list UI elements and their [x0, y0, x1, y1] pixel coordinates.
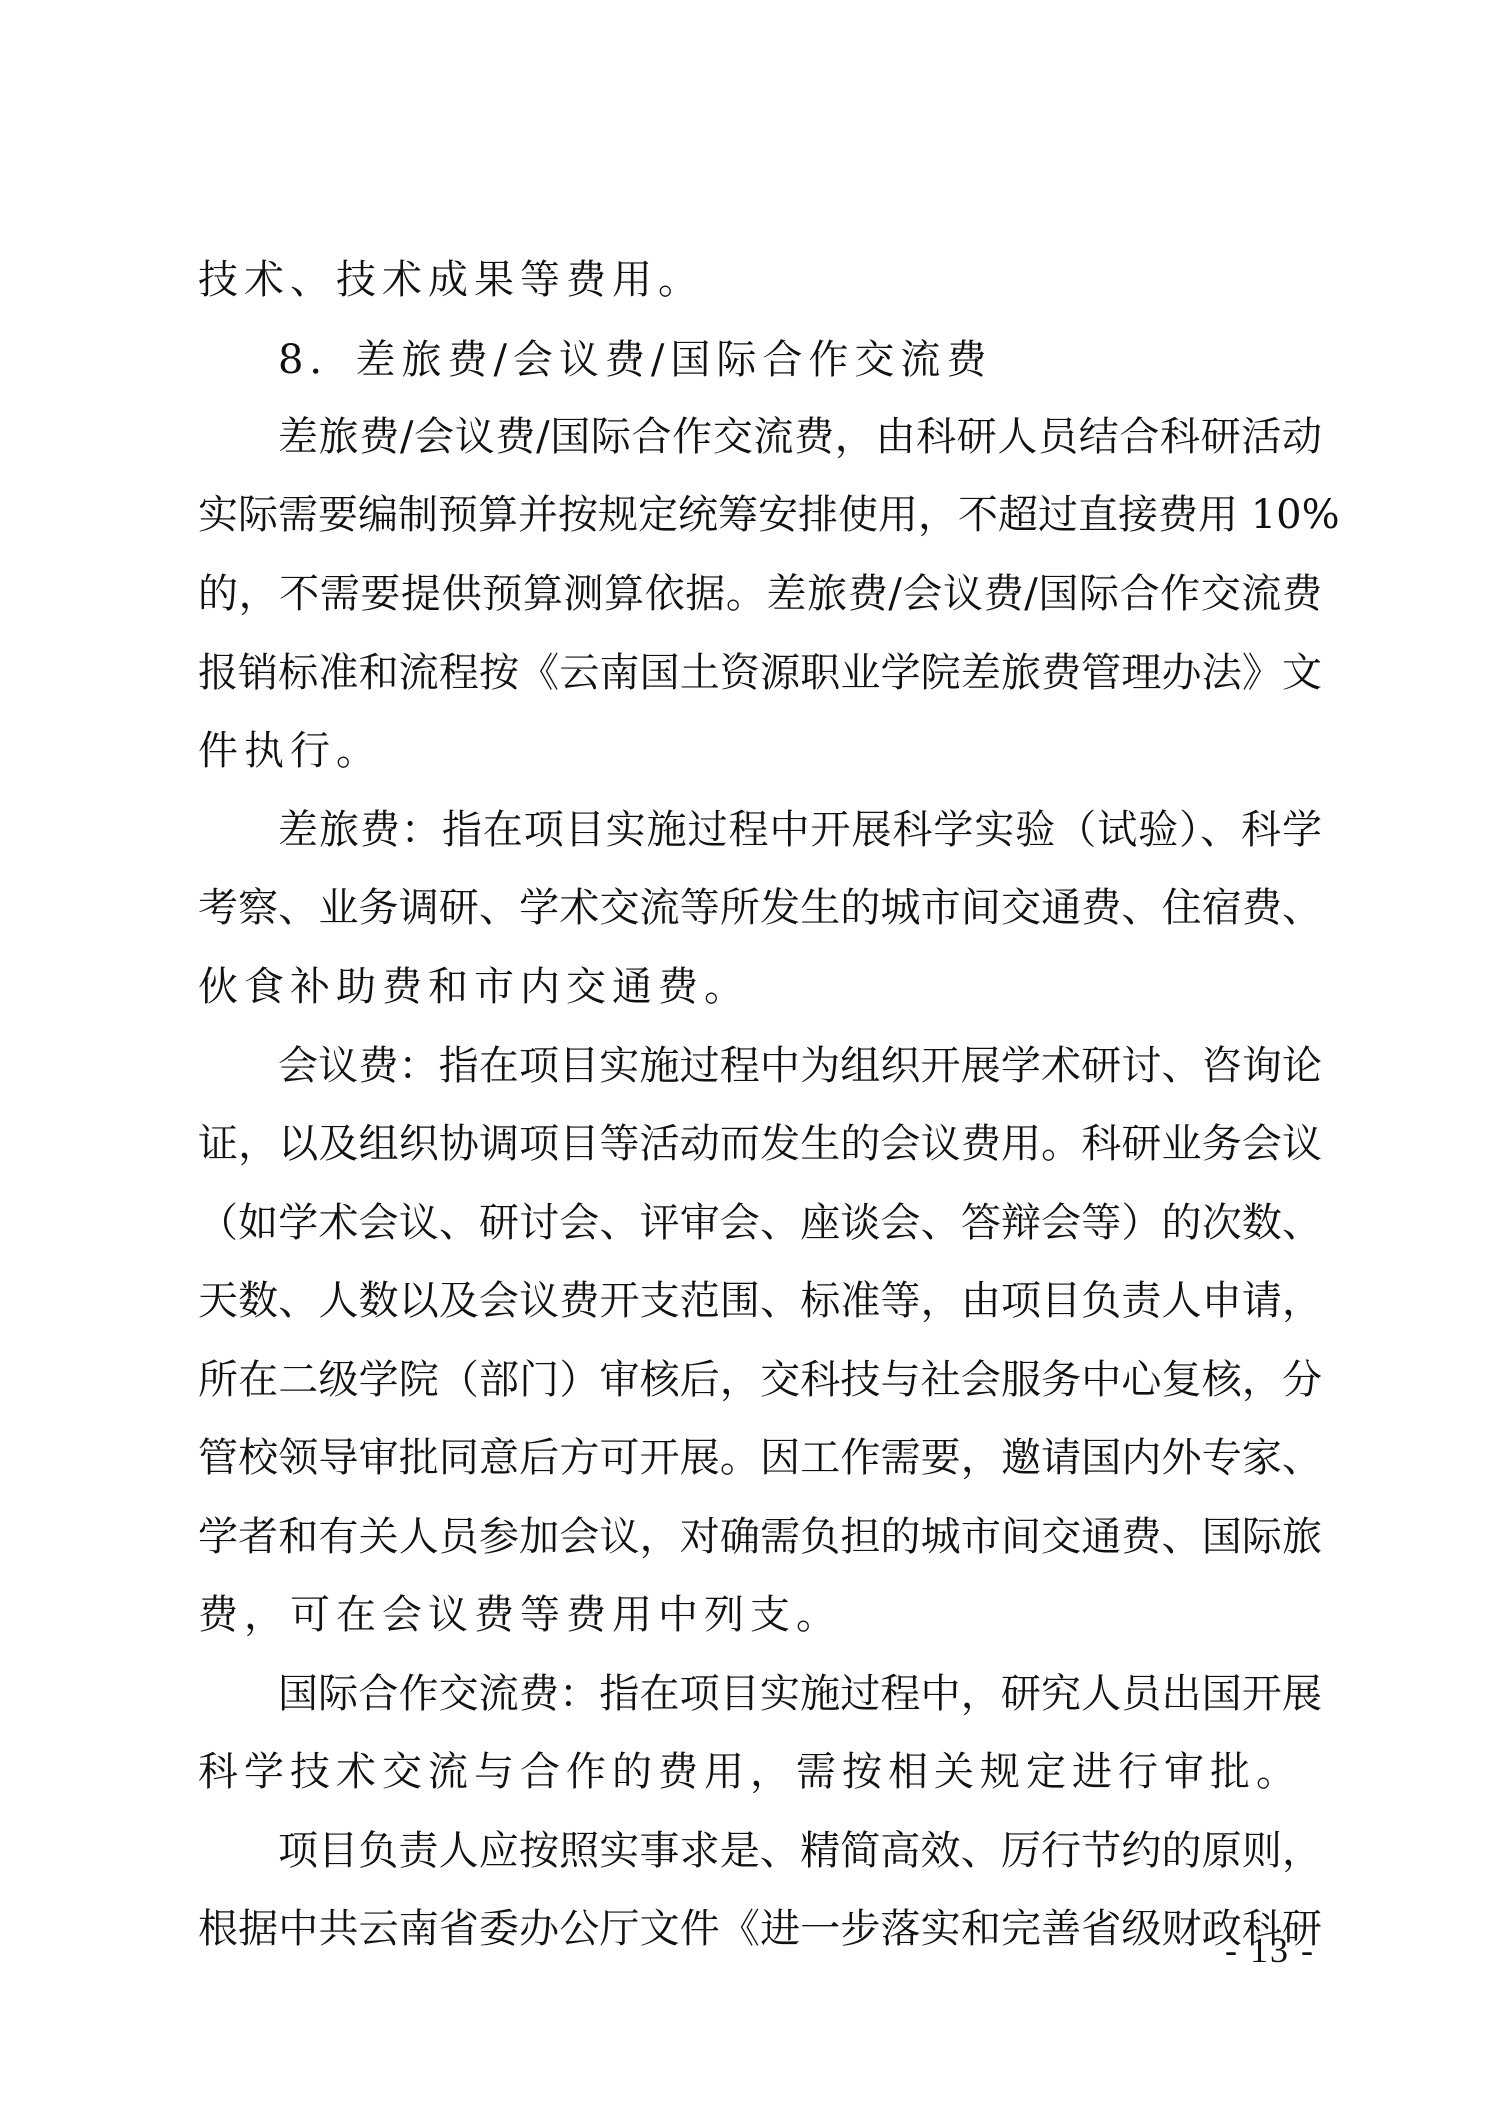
document-page: 技术、技术成果等费用。 8．差旅费/会议费/国际合作交流费 差旅费/会议费/国际…: [0, 0, 1500, 2121]
page-number: - 13 -: [1200, 1925, 1340, 1975]
paragraph-travel-line: 考察、业务调研、学术交流等所发生的城市间交通费、住宿费、: [198, 878, 1322, 938]
paragraph-meeting-line: 天数、人数以及会议费开支范围、标准等，由项目负责人申请，: [198, 1271, 1322, 1331]
paragraph-intro-line: 报销标准和流程按《云南国土资源职业学院差旅费管理办法》文: [198, 643, 1322, 703]
paragraph-meeting-line: 会议费：指在项目实施过程中为组织开展学术研讨、咨询论: [278, 1036, 1322, 1096]
paragraph-travel-line: 差旅费：指在项目实施过程中开展科学实验（试验）、科学: [278, 800, 1322, 860]
paragraph-international-line: 国际合作交流费：指在项目实施过程中，研究人员出国开展: [278, 1664, 1322, 1724]
paragraph-intro-line: 实际需要编制预算并按规定统筹安排使用，不超过直接费用 10%: [198, 485, 1322, 545]
text-line-continuation: 技术、技术成果等费用。: [198, 250, 1322, 310]
paragraph-meeting-line: 证，以及组织协调项目等活动而发生的会议费用。科研业务会议: [198, 1114, 1322, 1174]
paragraph-meeting-line: 学者和有关人员参加会议，对确需负担的城市间交通费、国际旅: [198, 1507, 1322, 1567]
paragraph-intro-line: 差旅费/会议费/国际合作交流费，由科研人员结合科研活动: [278, 407, 1322, 467]
paragraph-travel-line: 伙食补助费和市内交通费。: [198, 957, 1322, 1017]
paragraph-meeting-line: （如学术会议、研讨会、评审会、座谈会、答辩会等）的次数、: [198, 1193, 1322, 1253]
paragraph-principle-line: 根据中共云南省委办公厅文件《进一步落实和完善省级财政科研: [198, 1899, 1322, 1959]
paragraph-meeting-line: 管校领导审批同意后方可开展。因工作需要，邀请国内外专家、: [198, 1428, 1322, 1488]
paragraph-meeting-line: 所在二级学院（部门）审核后，交科技与社会服务中心复核，分: [198, 1350, 1322, 1410]
section-heading-8: 8．差旅费/会议费/国际合作交流费: [278, 330, 1322, 390]
paragraph-intro-line: 的，不需要提供预算测算依据。差旅费/会议费/国际合作交流费: [198, 564, 1322, 624]
paragraph-meeting-line: 费，可在会议费等费用中列支。: [198, 1585, 1322, 1645]
paragraph-international-line: 科学技术交流与合作的费用，需按相关规定进行审批。: [198, 1742, 1322, 1802]
paragraph-principle-line: 项目负责人应按照实事求是、精简高效、厉行节约的原则，: [278, 1821, 1322, 1881]
paragraph-intro-line: 件执行。: [198, 721, 1322, 781]
